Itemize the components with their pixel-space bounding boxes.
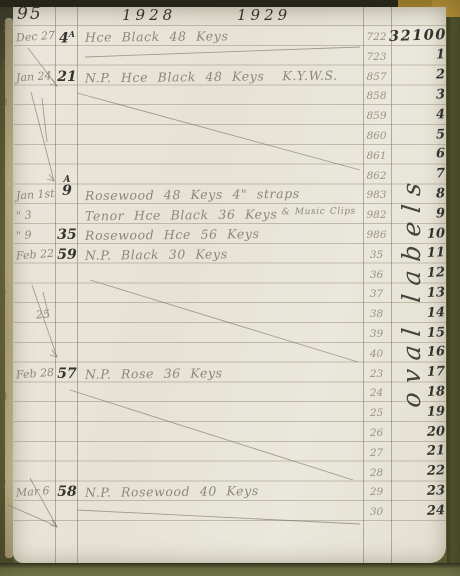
- entry-batch-number: 58: [55, 484, 79, 500]
- serial-number: 35: [363, 249, 390, 261]
- serial-number: 38: [363, 308, 390, 320]
- entry-date: Jan 24: [16, 68, 59, 84]
- entry-batch-number: 21: [55, 69, 79, 85]
- serial-number: 25: [363, 407, 390, 419]
- entry-description-suffix: K.Y.W.S.: [282, 67, 338, 83]
- facing-page-ghost-writing: [2, 24, 6, 487]
- serial-number: 986: [363, 229, 390, 241]
- serial-number: 40: [363, 348, 390, 360]
- serial-number: 26: [363, 427, 390, 439]
- entry-description: N.P. Black 30 Keys: [85, 246, 228, 262]
- row-count-number: 24: [400, 503, 445, 520]
- serial-number: 27: [363, 447, 390, 459]
- entry-description: N.P. Rose 36 Keys: [85, 365, 223, 381]
- entry-description: Tenor Hce Black 36 Keys & Music Clips: [85, 206, 356, 224]
- serial-number: 36: [363, 269, 390, 281]
- serial-number: 982: [363, 209, 390, 221]
- entry-batch-number: 35: [55, 227, 79, 243]
- entry-description: N.P. Rosewood 40 Keys: [85, 483, 259, 500]
- entry-batch-number: 59: [55, 247, 79, 263]
- entry-description: Rosewood Hce 56 Keys: [85, 226, 260, 243]
- entry-description: Hce Black 48 Keys: [85, 28, 229, 45]
- serial-number: 858: [363, 90, 390, 102]
- serial-number: 859: [363, 110, 390, 122]
- row-count-number: 5: [400, 127, 445, 144]
- row-count-number: 17: [400, 364, 445, 381]
- serial-number: 857: [363, 71, 390, 83]
- entry-batch-number: 57: [55, 366, 79, 382]
- serial-number: 983: [363, 189, 390, 201]
- serial-number: 722: [363, 31, 390, 43]
- row-count-number: 32100: [389, 26, 447, 45]
- row-count-number: 21: [400, 444, 445, 461]
- row-count-number: 18: [400, 384, 445, 401]
- serial-number: 30: [363, 506, 390, 518]
- serial-number: 861: [363, 150, 390, 162]
- year-heading-1928: 1928: [122, 6, 176, 24]
- serial-number: 862: [363, 170, 390, 182]
- row-count-number: 3: [400, 87, 445, 104]
- entry-date: Feb 22: [16, 246, 59, 262]
- entry-description: Rosewood 48 Keys 4" straps: [85, 186, 300, 203]
- year-heading-1929: 1929: [237, 6, 291, 24]
- entry-description: N.P. Hce Black 48 KeysK.Y.W.S.: [85, 67, 338, 85]
- row-count-number: 6: [400, 147, 445, 164]
- row-count-number: 22: [400, 463, 445, 480]
- entry-batch-number: 4A: [55, 29, 79, 47]
- batch-sup-letter: A: [69, 29, 75, 39]
- row-count-number: 9: [400, 206, 445, 223]
- serial-number: 39: [363, 328, 390, 340]
- row-count-number: 13: [400, 285, 445, 302]
- entry-description-suffix: & Music Clips: [277, 207, 356, 218]
- folio-number: 95: [17, 4, 43, 24]
- row-count-number: 11: [400, 246, 445, 263]
- serial-number: 723: [363, 51, 390, 63]
- row-count-number: 10: [400, 226, 445, 243]
- row-count-number: 23: [400, 483, 445, 500]
- row-count-number: 16: [400, 345, 445, 362]
- row-count-number: 15: [400, 325, 445, 342]
- serial-number: 860: [363, 130, 390, 142]
- serial-number: 37: [363, 288, 390, 300]
- row-count-number: 4: [400, 107, 445, 124]
- row-count-number: 19: [400, 404, 445, 421]
- row-count-number: 7: [400, 166, 445, 183]
- entry-date: Feb 28: [16, 365, 59, 381]
- ledger-photo: 95 1928 1929 oval labels Dec 274AHce Bla…: [0, 0, 460, 576]
- serial-number: 24: [363, 387, 390, 399]
- row-count-number: 2: [400, 67, 445, 84]
- serial-number: 23: [363, 368, 390, 380]
- row-count-number: 14: [400, 305, 445, 322]
- row-count-number: 1: [400, 48, 445, 65]
- entry-batch-number: A9: [55, 176, 79, 198]
- row-count-number: 8: [400, 186, 445, 203]
- row-count-number: 12: [400, 265, 445, 282]
- row-count-number: 20: [400, 424, 445, 441]
- serial-number: 29: [363, 486, 390, 498]
- serial-number: 28: [363, 467, 390, 479]
